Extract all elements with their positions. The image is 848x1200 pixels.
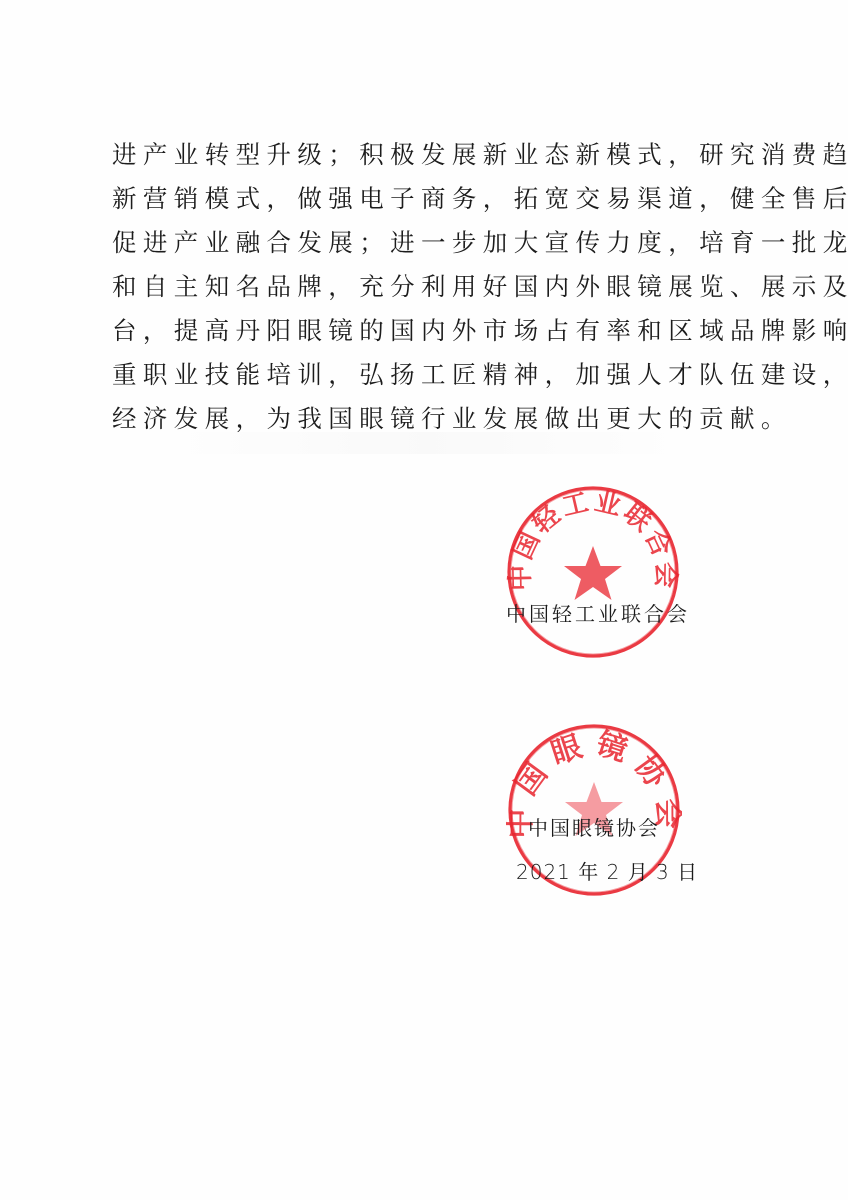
signature-org-light-industry: 中国轻工业联合会 <box>506 598 690 627</box>
body-line-6: 重职业技能培训，弘扬工匠精神，加强人才队伍建设，为区域 <box>112 353 752 397</box>
body-line-2: 新营销模式，做强电子商务，拓宽交易渠道，健全售后服务， <box>112 177 752 221</box>
body-line-1: 进产业转型升级；积极发展新业态新模式，研究消费趋向，创 <box>112 133 752 177</box>
official-seal-light-industry: 中国轻工业联合会 <box>505 484 681 660</box>
star-icon <box>564 546 622 600</box>
body-line-4: 和自主知名品牌，充分利用好国内外眼镜展览、展示及交流平 <box>112 265 752 309</box>
bleed-through-shadow <box>162 432 692 454</box>
body-paragraph: 进产业转型升级；积极发展新业态新模式，研究消费趋向，创 新营销模式，做强电子商务… <box>112 133 752 441</box>
seal-graphic: 中国轻工业联合会 <box>505 484 681 660</box>
signature-org-optical-association: 中国眼镜协会 <box>528 812 660 841</box>
body-line-3: 促进产业融合发展；进一步加大宣传力度，培育一批龙头企业 <box>112 221 752 265</box>
document-page: 进产业转型升级；积极发展新业态新模式，研究消费趋向，创 新营销模式，做强电子商务… <box>0 0 848 1200</box>
body-line-5: 台，提高丹阳眼镜的国内外市场占有率和区域品牌影响力；注 <box>112 309 752 353</box>
signature-date: 2021 年 2 月 3 日 <box>516 856 698 885</box>
